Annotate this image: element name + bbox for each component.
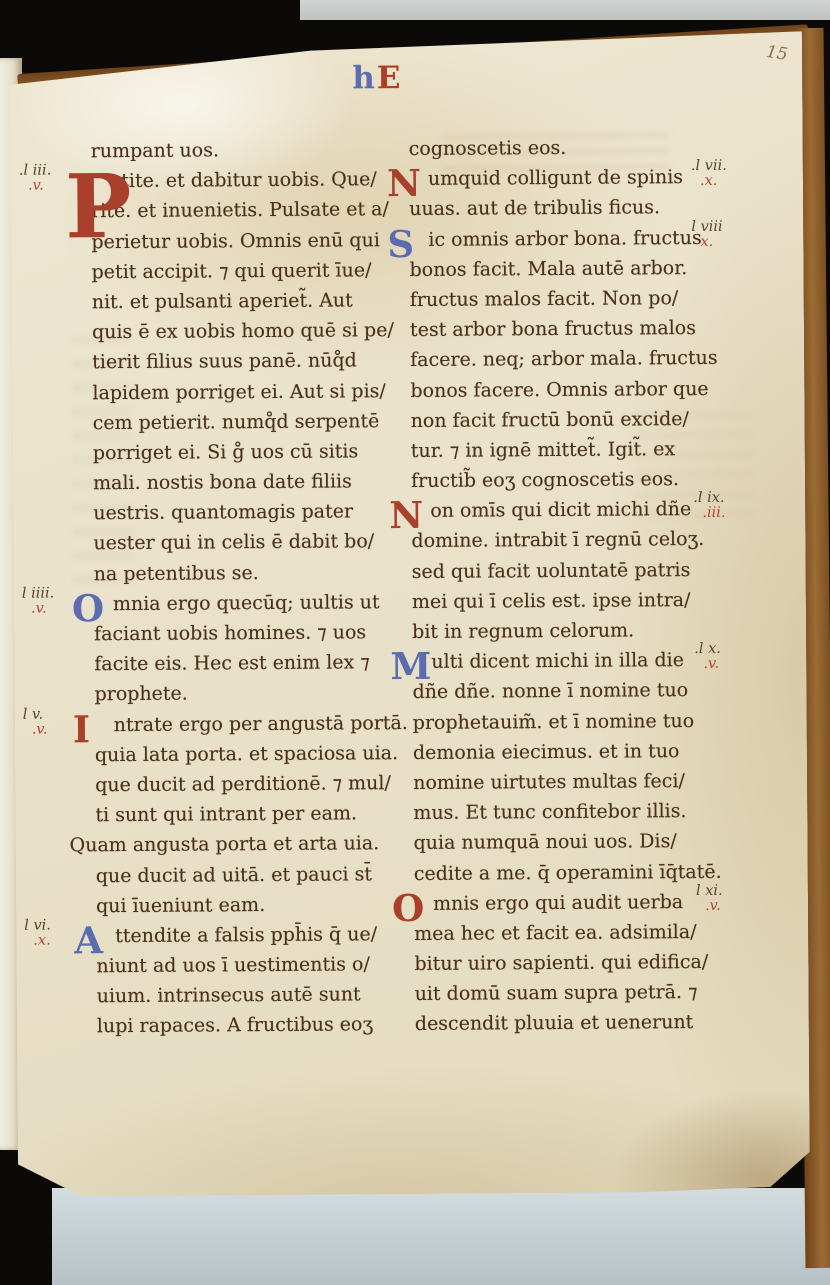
line-text: mnis ergo qui audit uerba (433, 891, 683, 915)
section-number: l v. (23, 706, 43, 722)
text-line: Omnis ergo qui audit uerba (386, 887, 702, 919)
text-line: tur. ⁊ in ignē mittet̃. Igit̃. ex (383, 434, 699, 466)
eusebian-margin-note: l vi..x. (24, 919, 51, 949)
text-line: uestris. quantomagis pater (65, 496, 381, 528)
line-text: mei qui ī celis est. ipse intra∕ (412, 589, 691, 613)
eusebian-margin-note: .l vii..x. (691, 159, 727, 189)
text-line: Non omīs qui dicit michi dñe (383, 494, 699, 526)
line-text: descendit pluuia et uenerunt (415, 1011, 694, 1035)
line-text: cedite a me. q̄ operamini īq̄tatē. (414, 860, 722, 884)
eusebian-margin-note: l viiix. (691, 219, 723, 249)
line-text: na petentibus se. (94, 562, 259, 585)
canon-number: .v. (694, 657, 721, 672)
line-text: demonia eiecimus. et in tuo (413, 740, 680, 764)
eusebian-margin-note: l iiii..v. (22, 586, 55, 616)
line-text: uestris. quantomagis pater (93, 501, 353, 525)
text-line: nomine uirtutes multas feci∕ (385, 766, 701, 798)
parchment-page: hE 15 rumpant uos.Petite. et dabitur uob… (10, 31, 810, 1197)
canon-number: .x. (24, 934, 51, 949)
line-text: fructus malos facit. Non po∕ (410, 287, 679, 311)
canon-number: .v. (22, 601, 55, 616)
text-line: uester qui in celis ē dabit bo∕ (65, 527, 381, 559)
line-text: mnia ergo quecūq; uultis ut (113, 591, 380, 615)
line-text: petit accipit. ⁊ qui querit īue∕ (92, 259, 372, 283)
line-text: Quam angusta porta et arta uia. (70, 833, 380, 857)
section-number: l xi. (696, 883, 723, 899)
text-line: qui īueniunt eam. (68, 889, 384, 921)
line-text: ti sunt qui intrant per eam. (95, 803, 357, 827)
canon-number: x. (691, 234, 722, 249)
text-line: sed qui facit uoluntatē patris (384, 555, 700, 587)
line-text: uit domū suam supra petrā. ⁊ (415, 981, 698, 1005)
line-text: nit. et pulsanti aperiet̃. Aut (92, 289, 353, 313)
text-line: Attendite a falsis pph̄is q̄ ue∕ (68, 919, 384, 951)
backdrop-top-strip (300, 0, 830, 20)
text-line: mea hec et facit ea. adsimila∕ (386, 917, 702, 949)
section-number: l iiii. (22, 585, 55, 601)
text-line: bonos facere. Omnis arbor que (382, 373, 698, 405)
line-text: porriget ei. Si g̊ uos cū sitis (93, 440, 358, 464)
text-column-right: cognoscetis eos.Numquid colligunt de spi… (381, 132, 703, 1040)
line-text: bonos facere. Omnis arbor que (410, 377, 708, 401)
section-number: .l ix. (693, 490, 724, 506)
line-text: mali. nostis bona date filiis (93, 470, 352, 494)
text-line: uit domū suam supra petrā. ⁊ (387, 977, 703, 1009)
text-line: tierit filius suus panē. nūq̊d (64, 346, 380, 378)
text-line: petit accipit. ⁊ qui querit īue∕ (64, 255, 380, 287)
text-line: descendit pluuia et uenerunt (387, 1007, 703, 1039)
line-text: domine. intrabit ī regnū celoʒ. (411, 528, 704, 552)
canon-number: .iii. (693, 506, 725, 521)
line-text: prophete. (94, 683, 187, 706)
eusebian-margin-note: .l iii..v. (19, 164, 52, 194)
eusebian-margin-note: .l x..v. (694, 642, 721, 672)
text-line: uium. intrinsecus autē sunt (69, 979, 385, 1011)
line-text: quia numquā noui uos. Dis∕ (414, 830, 677, 854)
line-text: ttendite a falsis pph̄is q̄ ue∕ (115, 923, 377, 947)
line-text: cognoscetis eos. (409, 137, 567, 160)
manuscript-photo: hE 15 rumpant uos.Petite. et dabitur uob… (0, 0, 830, 1285)
text-line: Multi dicent michi in illa die (384, 645, 700, 677)
line-text: rite. et inuenietis. Pulsate et a∕ (91, 199, 389, 223)
section-number: .l vii. (691, 158, 727, 174)
eusebian-margin-note: l v..v. (23, 707, 48, 737)
line-text: sed qui facit uoluntatē patris (412, 559, 691, 583)
text-line: mus. Et tunc confitebor illis. (385, 796, 701, 828)
text-line: cem petierit. numq̊d serpentē (65, 406, 381, 438)
line-text: quis ē ex uobis homo quē si pe∕ (92, 319, 394, 343)
text-line: quia numquā noui uos. Dis∕ (385, 826, 701, 858)
text-line: Omnia ergo quecūq; uultis ut (66, 587, 382, 619)
section-number: .l iii. (19, 163, 52, 179)
line-text: qui īueniunt eam. (96, 894, 265, 917)
text-line: demonia eiecimus. et in tuo (385, 736, 701, 768)
line-text: bonos facit. Mala autē arbor. (410, 257, 688, 281)
text-line: mali. nostis bona date filiis (65, 466, 381, 498)
text-line: porriget ei. Si g̊ uos cū sitis (65, 436, 381, 468)
text-line: Petite. et dabitur uobis. Que∕ (63, 164, 379, 196)
line-text: uium. intrinsecus autē sunt (97, 984, 361, 1008)
line-text: que ducit ad perditionē. ⁊ mul∕ (95, 772, 391, 796)
section-number: l vi. (24, 918, 51, 934)
line-text: umquid colligunt de spinis (428, 166, 683, 190)
text-line: Numquid colligunt de spinis (381, 162, 697, 194)
text-line: Quam angusta porta et arta uia. (68, 829, 384, 861)
line-text: niunt ad uos ī uestimentis o∕ (96, 953, 370, 977)
line-text: test arbor bona fructus malos (410, 317, 696, 341)
running-title: hE (352, 60, 402, 96)
text-line: cognoscetis eos. (381, 132, 697, 164)
line-text: ic omnis arbor bona. fructus (428, 227, 701, 251)
line-text: prophetauim̃. et ī nomine tuo (413, 710, 694, 734)
line-text: non facit fructū bonū excide∕ (411, 408, 689, 432)
text-line: quia lata porta. et spaciosa uia. (67, 738, 383, 770)
line-text: facite eis. Hec est enim lex ⁊ (94, 651, 370, 675)
line-text: tur. ⁊ in ignē mittet̃. Igit̃. ex (411, 438, 675, 462)
illuminated-initial: P (65, 162, 132, 250)
text-line: na petentibus se. (66, 557, 382, 589)
text-line: que ducit ad perditionē. ⁊ mul∕ (67, 768, 383, 800)
line-text: tierit filius suus panē. nūq̊d (92, 350, 357, 374)
line-text: lupi rapaces. A fructibus eoʒ (97, 1014, 373, 1038)
line-text: dñe dñe. nonne ī nomine tuo (412, 679, 688, 703)
text-line: lapidem porriget ei. Aut si pis∕ (64, 376, 380, 408)
section-number: .l x. (694, 641, 721, 657)
text-line: prophete. (66, 678, 382, 710)
text-line: ti sunt qui intrant per eam. (67, 798, 383, 830)
canon-number: .x. (691, 174, 727, 189)
line-text: bit in regnum celorum. (412, 619, 634, 643)
text-line: mei qui ī celis est. ipse intra∕ (384, 585, 700, 617)
text-line: domine. intrabit ī regnū celoʒ. (383, 524, 699, 556)
text-line: cedite a me. q̄ operamini īq̄tatē. (386, 856, 702, 888)
line-text: on omīs qui dicit michi dñe (430, 498, 691, 522)
line-text: ntrate ergo per angustā portā. (114, 712, 408, 736)
text-line: bit in regnum celorum. (384, 615, 700, 647)
line-text: lapidem porriget ei. Aut si pis∕ (92, 380, 385, 404)
line-text: ulti dicent michi in illa die (431, 649, 684, 673)
text-line: facite eis. Hec est enim lex ⁊ (66, 647, 382, 679)
text-line: non facit fructū bonū excide∕ (383, 404, 699, 436)
text-line: bonos facit. Mala autē arbor. (381, 253, 697, 285)
text-line: fructib̃ eoʒ cognoscetis eos. (383, 464, 699, 496)
text-line: fructus malos facit. Non po∕ (382, 283, 698, 315)
text-line: Sic omnis arbor bona. fructus (381, 223, 697, 255)
text-column-left: rumpant uos.Petite. et dabitur uobis. Qu… (63, 134, 385, 1042)
backdrop-bottom-surface (52, 1188, 830, 1285)
text-line: bitur uiro sapienti. qui edifica∕ (386, 947, 702, 979)
text-line: dñe dñe. nonne ī nomine tuo (384, 675, 700, 707)
text-line: test arbor bona fructus malos (382, 313, 698, 345)
canon-number: .v. (23, 722, 48, 737)
line-text: bitur uiro sapienti. qui edifica∕ (414, 951, 708, 975)
line-text: etite. et dabitur uobis. Que∕ (110, 168, 377, 192)
line-text: mea hec et facit ea. adsimila∕ (414, 921, 696, 945)
folio-number: 15 (765, 42, 789, 65)
line-text: quia lata porta. et spaciosa uia. (95, 742, 398, 766)
text-line: quis ē ex uobis homo quē si pe∕ (64, 315, 380, 347)
text-line: faciant uobis homines. ⁊ uos (66, 617, 382, 649)
section-number: l viii (691, 218, 722, 234)
text-line: prophetauim̃. et ī nomine tuo (385, 706, 701, 738)
line-text: faciant uobis homines. ⁊ uos (94, 621, 366, 645)
line-text: nomine uirtutes multas feci∕ (413, 770, 685, 794)
text-line: lupi rapaces. A fructibus eoʒ (69, 1010, 385, 1042)
canon-number: .v. (696, 899, 723, 914)
text-line: que ducit ad uitā. et pauci st̄ (68, 859, 384, 891)
running-title-letter-blue: h (352, 60, 377, 96)
eusebian-margin-note: .l ix..iii. (693, 491, 725, 521)
eusebian-margin-note: l xi..v. (696, 884, 723, 914)
text-line: niunt ad uos ī uestimentis o∕ (68, 949, 384, 981)
canon-number: .v. (19, 179, 51, 194)
running-title-letter-red: E (377, 60, 403, 96)
line-text: fructib̃ eoʒ cognoscetis eos. (411, 468, 679, 492)
text-line: Intrate ergo per angustā portā. (67, 708, 383, 740)
line-text: facere. neq; arbor mala. fructus (410, 347, 717, 371)
text-line: nit. et pulsanti aperiet̃. Aut (64, 285, 380, 317)
line-text: uester qui in celis ē dabit bo∕ (93, 531, 374, 555)
line-text: mus. Et tunc confitebor illis. (413, 800, 686, 824)
text-line: uuas. aut de tribulis ficus. (381, 192, 697, 224)
line-text: que ducit ad uitā. et pauci st̄ (96, 863, 372, 887)
line-text: perietur uobis. Omnis enū qui (91, 229, 380, 253)
line-text: cem petierit. numq̊d serpentē (93, 410, 380, 434)
text-line: facere. neq; arbor mala. fructus (382, 343, 698, 375)
line-text: uuas. aut de tribulis ficus. (409, 197, 660, 221)
